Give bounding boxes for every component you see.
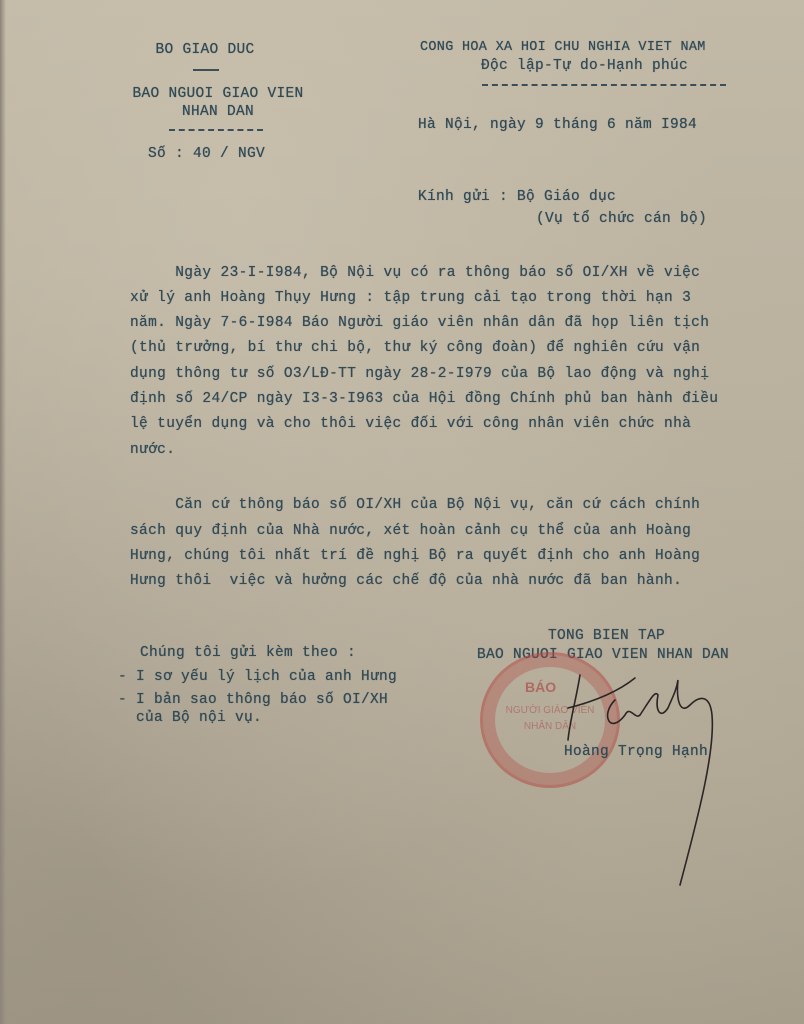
attachment-item: - I bản sao thông báo số OI/XH <box>118 692 388 708</box>
paragraph-line: dụng thông tư số O3/LĐ-TT ngày 28-2-I979… <box>130 366 709 382</box>
paragraph-line: Hưng, chúng tôi nhất trí đề nghị Bộ ra q… <box>130 548 700 564</box>
header-left-divider-short <box>193 69 219 71</box>
paragraph-line: định số 24/CP ngày I3-3-I963 của Hội đồn… <box>130 391 718 407</box>
place-date: Hà Nội, ngày 9 tháng 6 năm I984 <box>418 117 697 133</box>
handwritten-signature <box>540 660 740 890</box>
org-name-line2: NHAN DAN <box>108 104 328 120</box>
document-number: Số : 40 / NGV <box>148 146 265 162</box>
recipient-label: Kính gửi : Bộ Giáo dục <box>418 189 616 205</box>
paragraph-line: lệ tuyển dụng và cho thôi việc đối với c… <box>130 416 691 432</box>
paragraph-line: Ngày 23-I-I984, Bộ Nội vụ có ra thông bá… <box>130 265 700 281</box>
national-motto: Độc lập-Tự do-Hạnh phúc <box>481 58 688 74</box>
org-name-line1: BAO NGUOI GIAO VIEN <box>108 86 328 102</box>
recipient-department: (Vụ tổ chức cán bộ) <box>536 211 707 227</box>
paragraph-line: xử lý anh Hoàng Thụy Hưng : tập trung cả… <box>130 290 691 306</box>
header-right-divider <box>482 84 726 86</box>
signer-name: Hoàng Trọng Hạnh <box>564 744 708 760</box>
paragraph-line: nước. <box>130 442 175 458</box>
attachment-item: của Bộ nội vụ. <box>118 710 262 726</box>
document-page: BO GIAO DUC BAO NGUOI GIAO VIEN NHAN DAN… <box>0 0 804 1024</box>
signer-title: TONG BIEN TAP <box>548 628 665 644</box>
paragraph-line: sách quy định của Nhà nước, xét hoàn cản… <box>130 523 691 539</box>
paragraph-line: năm. Ngày 7-6-I984 Báo Người giáo viên n… <box>130 315 709 331</box>
nation-name: CONG HOA XA HOI CHU NGHIA VIET NAM <box>420 40 706 55</box>
page-edge <box>0 0 6 1024</box>
attachments-intro: Chúng tôi gửi kèm theo : <box>140 645 356 661</box>
attachment-item: - I sơ yếu lý lịch của anh Hưng <box>118 669 397 685</box>
header-left-divider <box>169 129 263 131</box>
ministry-name: BO GIAO DUC <box>110 42 300 58</box>
paragraph-line: Hưng thôi việc và hưởng các chế độ của n… <box>130 573 682 589</box>
paragraph-line: Căn cứ thông báo số OI/XH của Bộ Nội vụ,… <box>130 497 700 513</box>
paragraph-line: (thủ trưởng, bí thư chi bộ, thư ký công … <box>130 340 700 356</box>
